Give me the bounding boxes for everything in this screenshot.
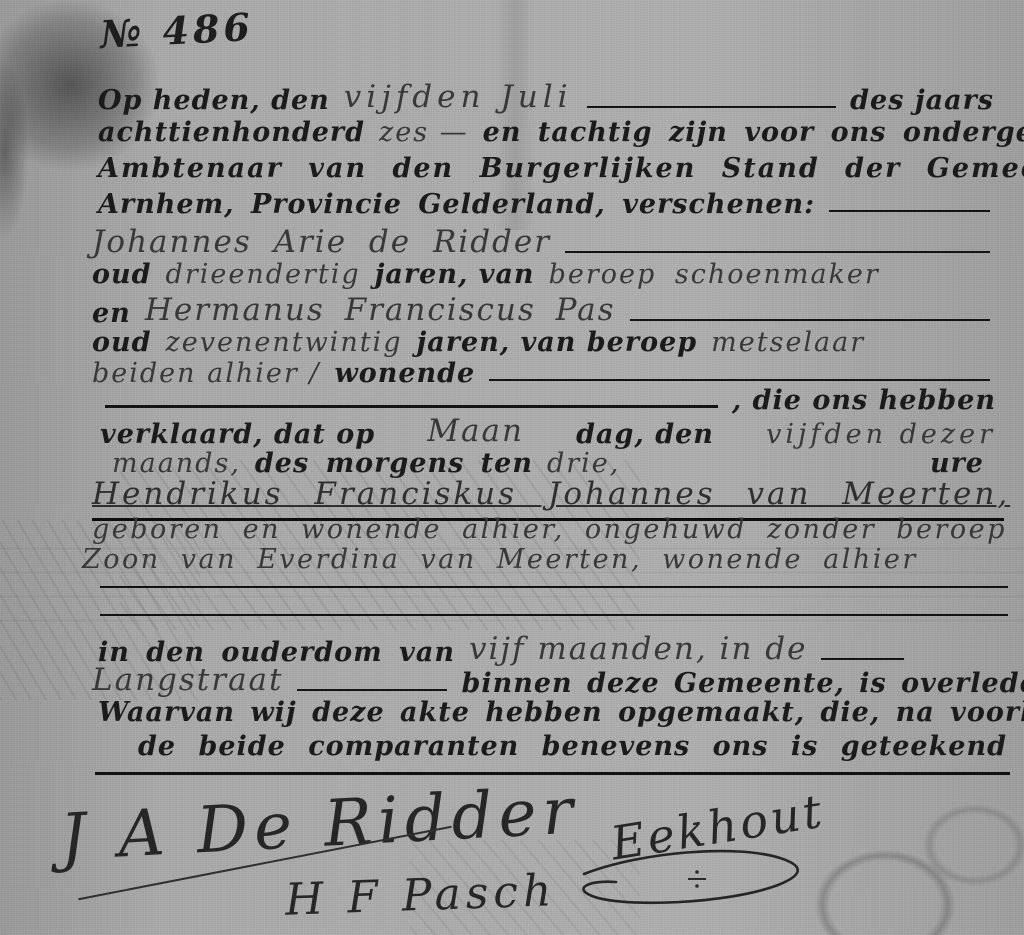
line-address: Langstraat binnen deze Gemeente, is over… [92, 663, 1000, 699]
filled-age: zevenentwintig [166, 327, 403, 358]
signature-pasch: H F Pasch [284, 865, 557, 925]
ink-rule [821, 658, 904, 660]
line-text: Op heden, den [98, 85, 330, 116]
filled-word: maands, [112, 448, 241, 479]
signature-de-ridder: J A De Ridder [58, 774, 580, 875]
filled-street: Langstraat [92, 663, 283, 699]
line-text: binnen deze Gemeente, is overleden. [461, 668, 1024, 699]
filled-details: geboren en wonende alhier, ongehuwd zond… [92, 514, 1007, 545]
filled-date: vijfden Juli [344, 80, 573, 116]
filled-year: zes — [379, 117, 469, 148]
filled-declarant-name: Hermanus Franciscus Pas [145, 293, 616, 329]
filled-deceased-name: Hendrikus Franciskus Johannes van Meerte… [92, 477, 1010, 513]
line-text: ure [930, 448, 984, 479]
blank-fill-rule-1 [100, 586, 1008, 588]
line-declarant-2-details: oud zevenentwintig jaren, van beroep met… [92, 327, 964, 358]
line-deceased-details: geboren en wonende alhier, ongehuwd zond… [92, 514, 1000, 545]
line-text: des jaars [850, 85, 994, 116]
line-text: Ambtenaar van den Burgerlijken Stand der… [98, 153, 1024, 184]
line-declarant-1-details: oud drieendertig jaren, van beroep schoe… [92, 259, 990, 290]
filled-mother: Zoon van Everdina van Meerten, wonende a… [82, 544, 918, 575]
line-year: achttienhonderd zes — en tachtig zijn vo… [98, 117, 994, 148]
line-death-time: maands, des morgens ten drie, ure [112, 448, 984, 479]
line-official: Ambtenaar van den Burgerlijken Stand der… [98, 153, 990, 184]
line-text: achttienhonderd [98, 117, 365, 148]
line-declarant-2: en Hermanus Franciscus Pas [92, 293, 990, 329]
filled-hour: drie, [547, 448, 620, 479]
line-text: dag, den [576, 419, 714, 450]
filled-weekday: Maan [427, 414, 524, 450]
filled-declarant-name: Johannes Arie de Ridder [92, 225, 551, 261]
line-opening-date: Op heden, den vijfden Juli des jaars [98, 80, 994, 116]
ink-rule [829, 210, 990, 212]
ink-rule [105, 405, 718, 408]
signature-separator-rule [95, 772, 1010, 775]
death-certificate-scan: № 486 Op heden, den vijfden Juli des jaa… [0, 0, 1024, 935]
filled-age: drieendertig [166, 259, 361, 290]
line-death-day: verklaard, dat op Maan dag, den vijfden … [100, 414, 996, 450]
filled-occupation: metselaar [711, 327, 865, 358]
line-text: des morgens ten [255, 448, 533, 479]
line-text: Arnhem, Provincie Gelderland, verschenen… [98, 189, 815, 220]
line-text: jaren, van [375, 259, 535, 290]
ink-rule [565, 251, 990, 253]
line-text: de beide comparanten benevens ons is get… [138, 731, 1007, 762]
line-closing-1: Waarvan wij deze akte hebben opgemaakt, … [98, 697, 1000, 728]
ink-rule [297, 689, 447, 691]
ink-rule [587, 106, 837, 108]
line-text: en [92, 298, 131, 329]
line-text: oud [92, 327, 152, 358]
line-mother: Zoon van Everdina van Meerten, wonende a… [82, 544, 984, 575]
line-text: , die ons hebben [732, 385, 996, 416]
line-closing-2: de beide comparanten benevens ons is get… [138, 731, 874, 762]
line-who-declared: , die ons hebben [105, 385, 996, 416]
line-text: jaren, van beroep [416, 327, 697, 358]
ink-rule [489, 379, 990, 381]
line-text: verklaard, dat op [100, 419, 375, 450]
line-declarant-1: Johannes Arie de Ridder [92, 225, 990, 261]
line-text: Waarvan wij deze akte hebben opgemaakt, … [98, 697, 1024, 728]
signature-flourish [578, 838, 828, 923]
line-text: oud [92, 259, 152, 290]
act-number: № 486 [99, 4, 255, 57]
filled-day: vijfden dezer [766, 419, 996, 450]
ink-rule [630, 319, 991, 321]
line-municipality: Arnhem, Provincie Gelderland, verschenen… [98, 189, 990, 220]
blank-fill-rule-2 [100, 614, 1008, 616]
filled-occupation: beroep schoenmaker [549, 259, 880, 290]
line-text: en tachtig zijn voor ons ondergeteekende [483, 117, 1024, 148]
